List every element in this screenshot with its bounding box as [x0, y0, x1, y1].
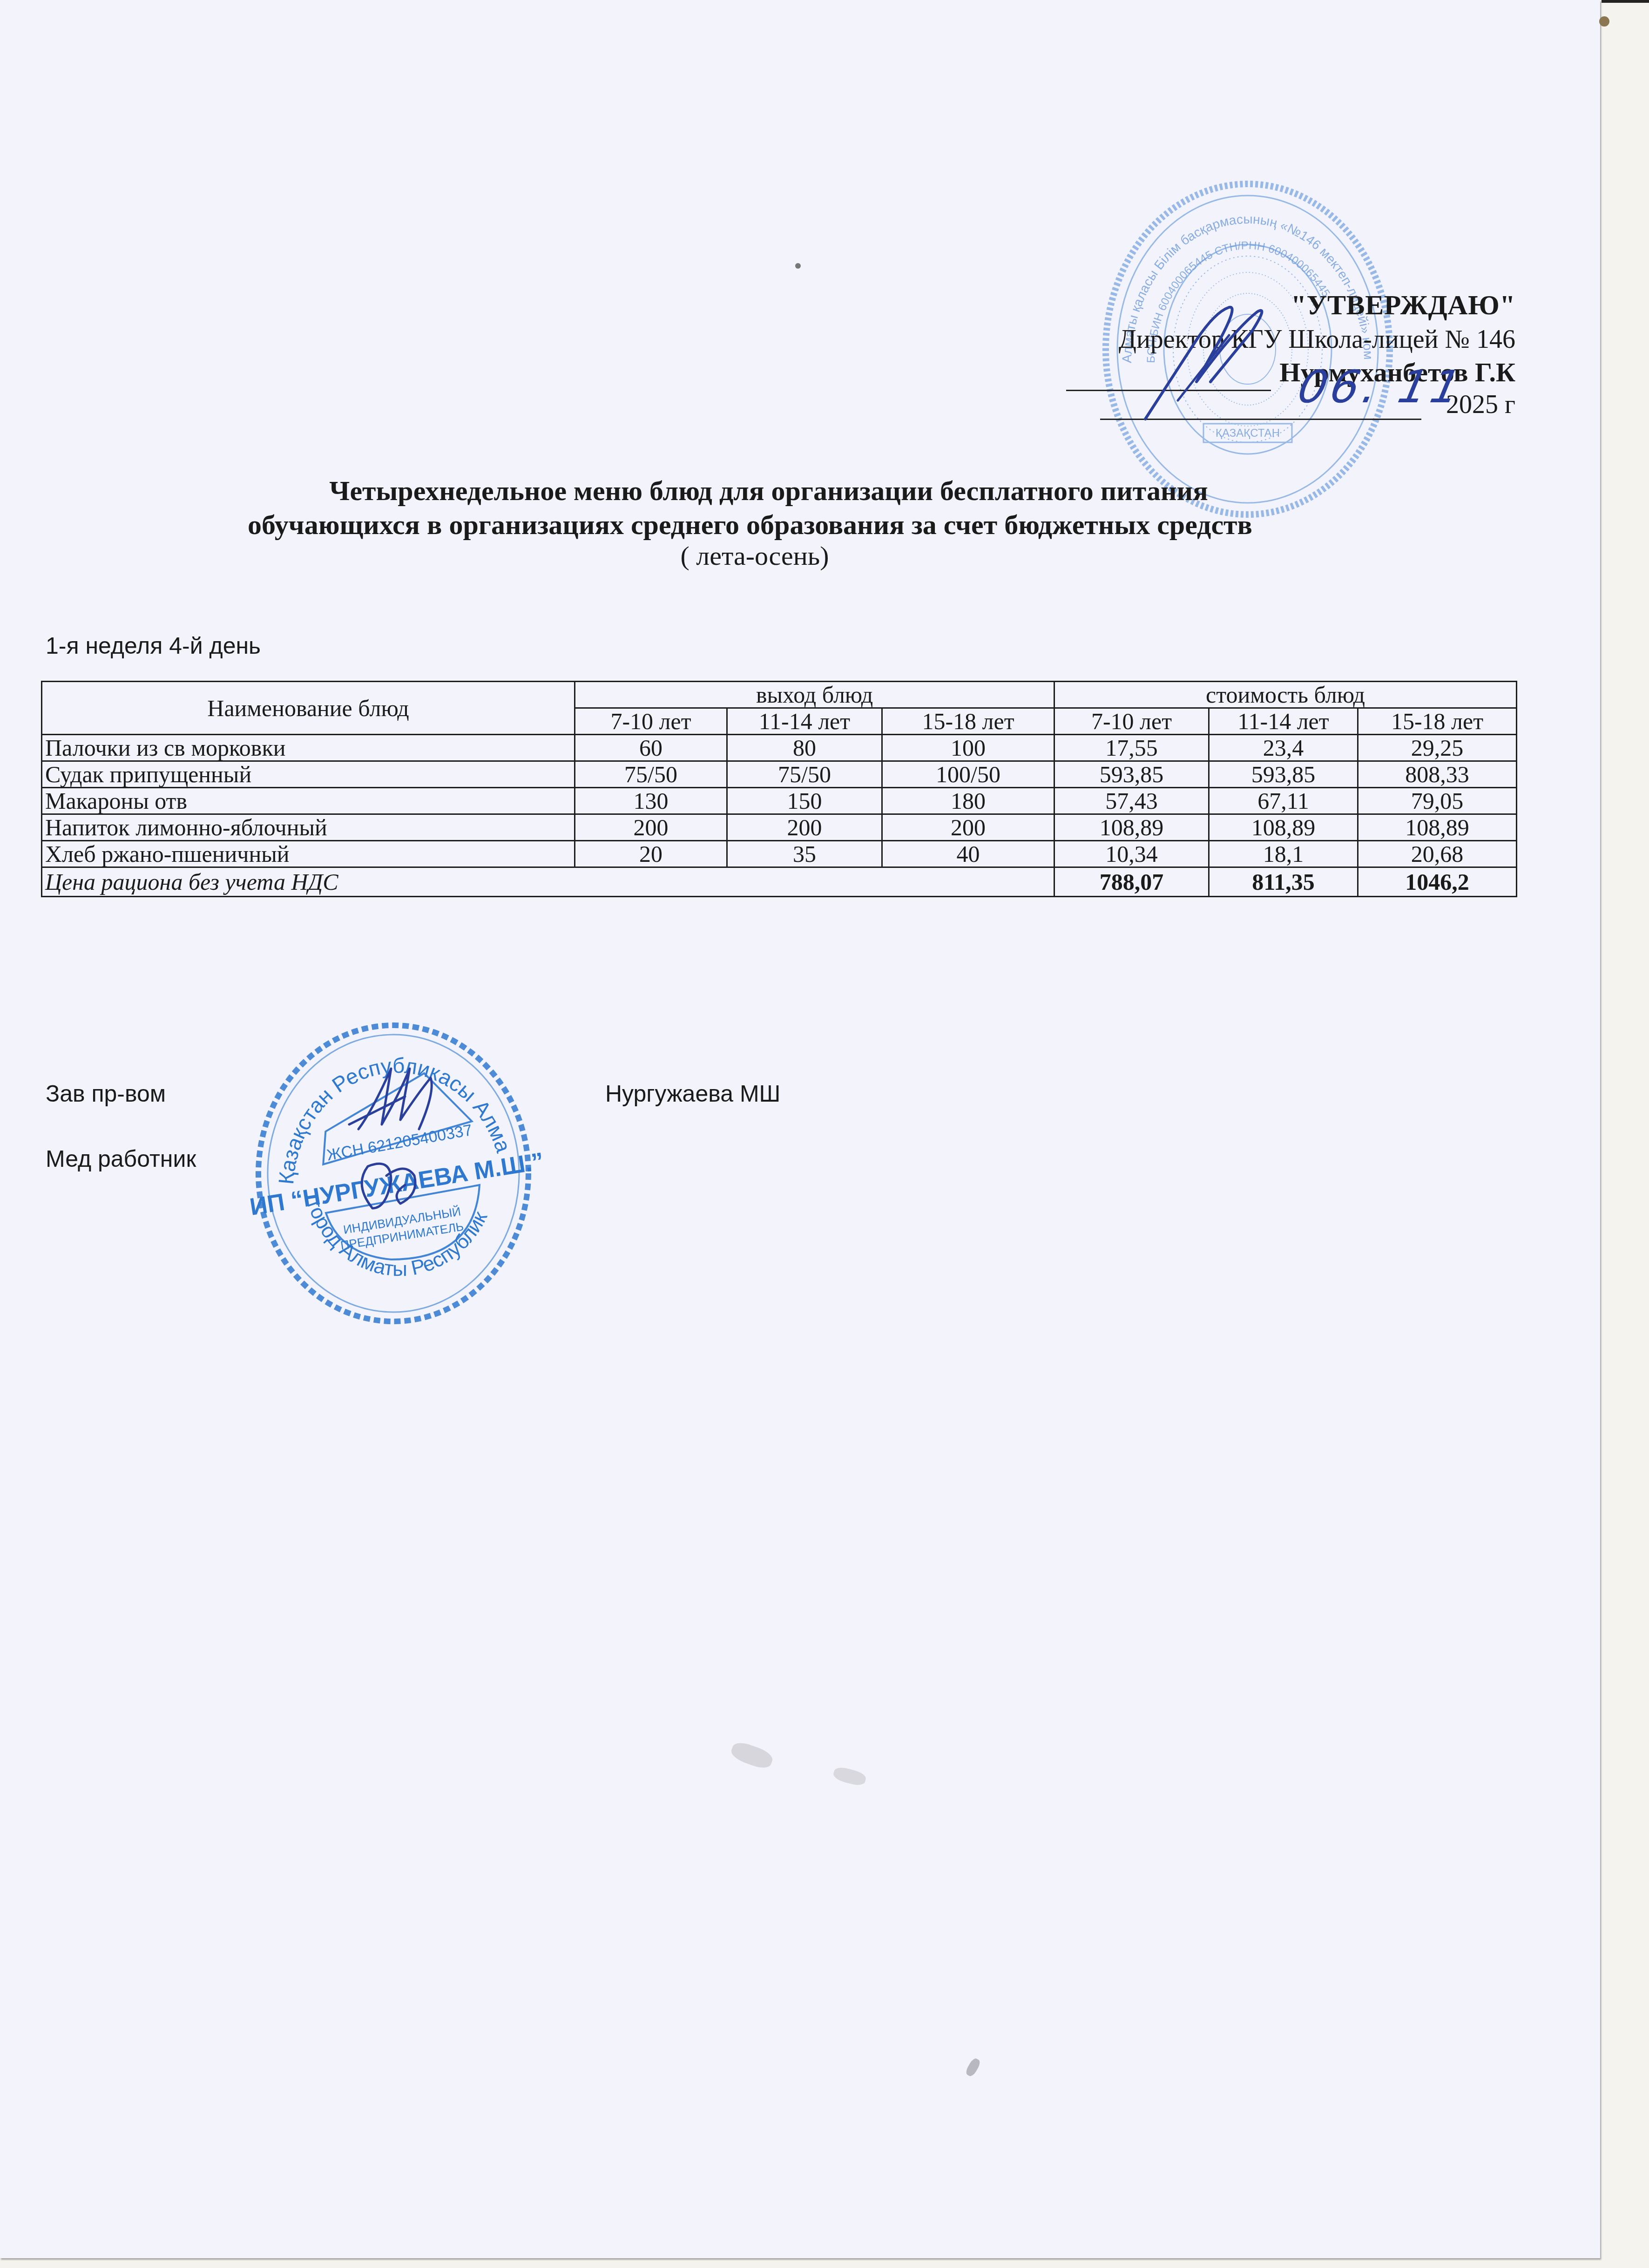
cost-cell: 79,05 [1358, 788, 1517, 814]
scan-dust [1599, 16, 1609, 27]
cost-age-header: 15-18 лет [1358, 708, 1517, 735]
output-cell: 200 [727, 814, 882, 841]
ip-seal-stamp: Қазақстан Республикасы Алматы қаласы гор… [251, 1017, 540, 1329]
dish-name: Палочки из св морковки [42, 735, 575, 761]
cost-cell: 18,1 [1209, 841, 1358, 867]
season-label: ( лета-осень) [0, 540, 1579, 571]
output-cell: 75/50 [727, 761, 882, 788]
output-age-header: 15-18 лет [882, 708, 1054, 735]
output-cell: 100/50 [882, 761, 1054, 788]
output-cell: 130 [575, 788, 727, 814]
cost-cell: 593,85 [1054, 761, 1209, 788]
cost-group-header: стоимость блюд [1054, 682, 1517, 708]
output-cell: 200 [882, 814, 1054, 841]
dish-name: Напиток лимонно-яблочный [42, 814, 575, 841]
medic-label: Мед работник [46, 1145, 196, 1172]
output-cell: 100 [882, 735, 1054, 761]
table-header-row: Наименование блюд выход блюд стоимость б… [42, 682, 1517, 708]
cost-cell: 593,85 [1209, 761, 1358, 788]
cost-cell: 20,68 [1358, 841, 1517, 867]
scan-dust [795, 263, 801, 269]
output-cell: 180 [882, 788, 1054, 814]
dish-name: Судак припущенный [42, 761, 575, 788]
dish-name: Макароны отв [42, 788, 575, 814]
total-label: Цена рациона без учета НДС [42, 867, 1054, 897]
production-head-name: Нургужаева МШ [605, 1080, 780, 1107]
cost-cell: 17,55 [1054, 735, 1209, 761]
cost-cell: 23,4 [1209, 735, 1358, 761]
cost-age-header: 7-10 лет [1054, 708, 1209, 735]
document-title-line2: обучающихся в организациях среднего обра… [0, 509, 1575, 541]
cost-cell: 10,34 [1054, 841, 1209, 867]
output-cell: 35 [727, 841, 882, 867]
cost-cell: 57,43 [1054, 788, 1209, 814]
total-cost-cell: 1046,2 [1358, 867, 1517, 897]
cost-cell: 808,33 [1358, 761, 1517, 788]
cost-age-header: 11-14 лет [1209, 708, 1358, 735]
scan-edge [1602, 0, 1649, 3]
cost-cell: 29,25 [1358, 735, 1517, 761]
output-age-header: 7-10 лет [575, 708, 727, 735]
cost-cell: 67,11 [1209, 788, 1358, 814]
table-row: Напиток лимонно-яблочный200200200108,891… [42, 814, 1517, 841]
week-day-label: 1-я неделя 4-й день [46, 632, 261, 659]
table-row: Палочки из св морковки608010017,5523,429… [42, 735, 1517, 761]
table-row: Хлеб ржано-пшеничный20354010,3418,120,68 [42, 841, 1517, 867]
output-cell: 60 [575, 735, 727, 761]
total-cost-cell: 788,07 [1054, 867, 1209, 897]
total-row: Цена рациона без учета НДС788,07811,3510… [42, 867, 1517, 897]
document-title-line1: Четырехнедельное меню блюд для организац… [0, 475, 1593, 507]
cost-cell: 108,89 [1358, 814, 1517, 841]
school-seal-center-text: ҚАЗАҚСТАН [1216, 427, 1280, 440]
menu-table: Наименование блюд выход блюд стоимость б… [41, 681, 1517, 897]
output-group-header: выход блюд [575, 682, 1054, 708]
table-row: Судак припущенный75/5075/50100/50593,855… [42, 761, 1517, 788]
output-cell: 150 [727, 788, 882, 814]
cost-cell: 108,89 [1209, 814, 1358, 841]
cost-cell: 108,89 [1054, 814, 1209, 841]
output-cell: 40 [882, 841, 1054, 867]
output-cell: 20 [575, 841, 727, 867]
ip-seal-id: ЖСН 621205400337 [325, 1121, 473, 1164]
handwritten-date: 06. 11 [1293, 361, 1469, 413]
output-cell: 200 [575, 814, 727, 841]
production-head-label: Зав пр-вом [46, 1080, 166, 1107]
total-cost-cell: 811,35 [1209, 867, 1358, 897]
table-row: Макароны отв13015018057,4367,1179,05 [42, 788, 1517, 814]
dish-name-header: Наименование блюд [42, 682, 575, 735]
output-age-header: 11-14 лет [727, 708, 882, 735]
dish-name: Хлеб ржано-пшеничный [42, 841, 575, 867]
output-cell: 75/50 [575, 761, 727, 788]
output-cell: 80 [727, 735, 882, 761]
